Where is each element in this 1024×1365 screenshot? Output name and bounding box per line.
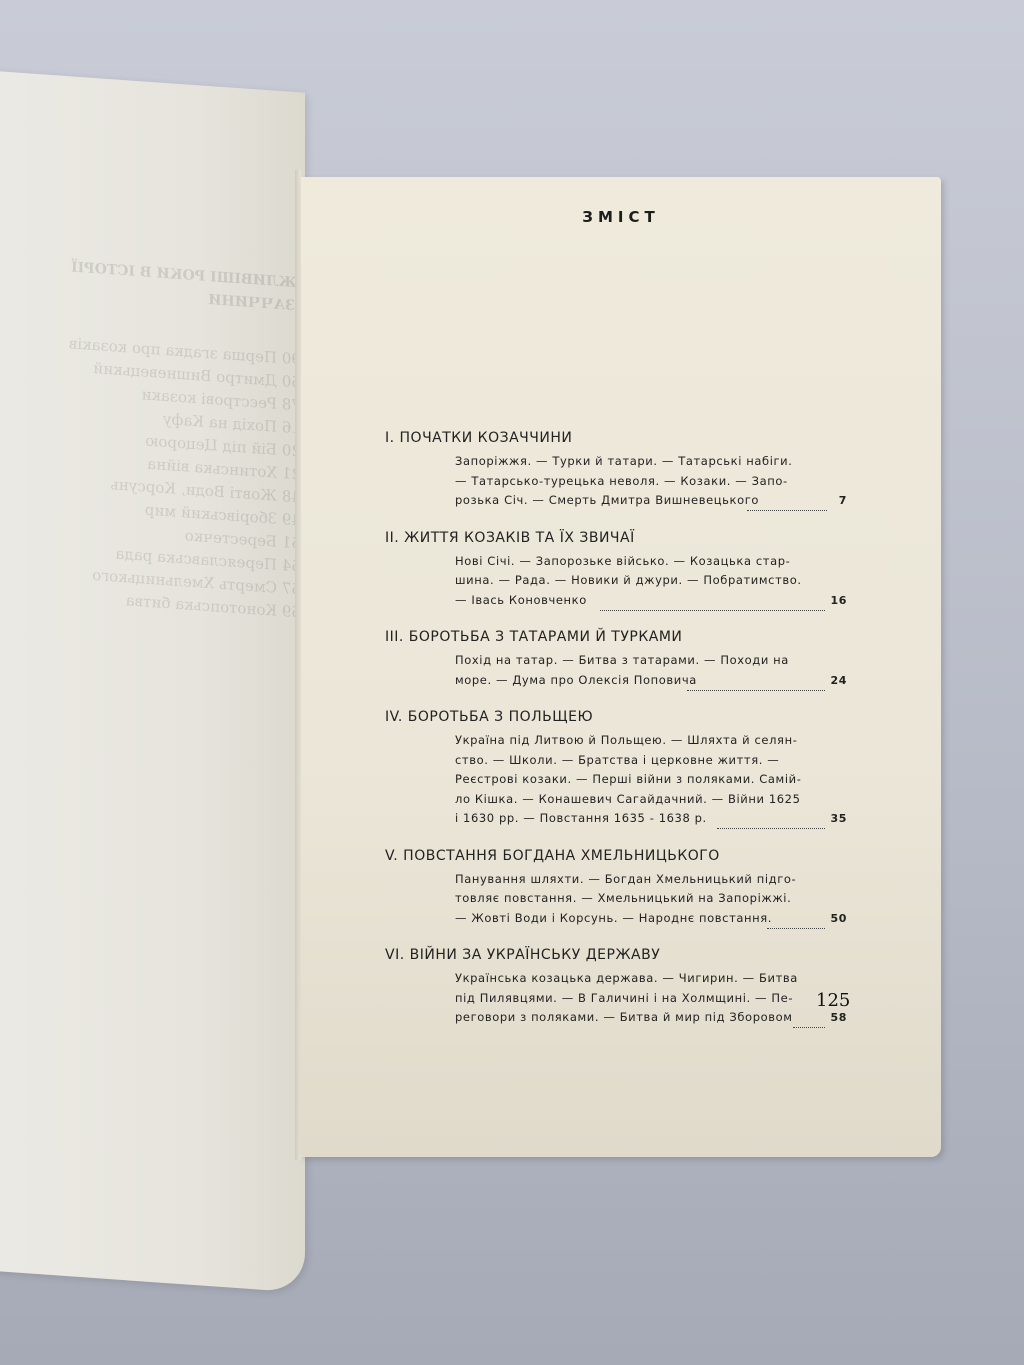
desc-last-line: і 1630 рр. — Повстання 1635 - 1638 р. 35 bbox=[455, 809, 847, 829]
toc-chapter: II. ЖИТТЯ КОЗАКІВ ТА ЇХ ЗВИЧАЇ Нові Січі… bbox=[385, 528, 847, 611]
desc-line: під Пилявцями. — В Галичині і на Холмщин… bbox=[455, 989, 775, 1009]
desc-line: ство. — Школи. — Братства і церковне жит… bbox=[455, 751, 775, 771]
dot-leader bbox=[747, 491, 827, 511]
desc-line: шина. — Рада. — Новики й джури. — Побрат… bbox=[455, 571, 775, 591]
chapter-title: III. БОРОТЬБА З ТАТАРАМИ Й ТУРКАМИ bbox=[385, 627, 847, 647]
chapter-title: VI. ВІЙНИ ЗА УКРАЇНСЬКУ ДЕРЖАВУ bbox=[385, 945, 847, 965]
chapter-title: I. ПОЧАТКИ КОЗАЧЧИНИ bbox=[385, 428, 847, 448]
toc-chapter: I. ПОЧАТКИ КОЗАЧЧИНИ Запоріжжя. — Турки … bbox=[385, 428, 847, 511]
toc-chapter: IV. БОРОТЬБА З ПОЛЬЩЕЮ Україна під Литво… bbox=[385, 707, 847, 829]
page-number: 24 bbox=[830, 671, 847, 691]
page-number: 7 bbox=[839, 491, 847, 511]
dot-leader bbox=[687, 671, 825, 691]
left-page-ghost-title: ВАЖЛИВІШІ РОКИ В ІСТОРІЇ КОЗАЧЧИНИ bbox=[0, 251, 305, 319]
desc-line: — Івась Коновченко bbox=[455, 593, 587, 607]
desc-last-line: — Жовті Води і Корсунь. — Народнє повста… bbox=[455, 909, 847, 929]
toc-chapter: III. БОРОТЬБА З ТАТАРАМИ Й ТУРКАМИ Похід… bbox=[385, 627, 847, 690]
chapter-description: Нові Січі. — Запорозьке військо. — Козац… bbox=[455, 552, 775, 611]
desc-line: море. — Дума про Олексія Поповича bbox=[455, 673, 697, 687]
page-folio-number: 125 bbox=[816, 990, 850, 1011]
desc-line: розька Січ. — Смерть Дмитра Вишневецьког… bbox=[455, 493, 759, 507]
left-page: ВАЖЛИВІШІ РОКИ В ІСТОРІЇ КОЗАЧЧИНИ 1490 … bbox=[0, 67, 305, 1293]
dot-leader bbox=[793, 1008, 825, 1028]
chapter-title: II. ЖИТТЯ КОЗАКІВ ТА ЇХ ЗВИЧАЇ bbox=[385, 528, 847, 548]
chapter-title: IV. БОРОТЬБА З ПОЛЬЩЕЮ bbox=[385, 707, 847, 727]
desc-line: Українська козацька держава. — Чигирин. … bbox=[455, 969, 775, 989]
desc-line: Реєстрові козаки. — Перші війни з поляка… bbox=[455, 770, 775, 790]
table-of-contents: I. ПОЧАТКИ КОЗАЧЧИНИ Запоріжжя. — Турки … bbox=[385, 428, 847, 1045]
chapter-description: Панування шляхти. — Богдан Хмельницький … bbox=[455, 870, 775, 929]
desc-last-line: реговори з поляками. — Битва й мир під З… bbox=[455, 1008, 847, 1028]
toc-heading: ЗМІСТ bbox=[301, 208, 941, 226]
toc-chapter: V. ПОВСТАННЯ БОГДАНА ХМЕЛЬНИЦЬКОГО Панув… bbox=[385, 846, 847, 929]
desc-line: Панування шляхти. — Богдан Хмельницький … bbox=[455, 870, 775, 890]
chapter-description: Українська козацька держава. — Чигирин. … bbox=[455, 969, 775, 1028]
desc-line: і 1630 рр. — Повстання 1635 - 1638 р. bbox=[455, 811, 707, 825]
toc-chapter: VI. ВІЙНИ ЗА УКРАЇНСЬКУ ДЕРЖАВУ Українсь… bbox=[385, 945, 847, 1028]
desc-line: товляє повстання. — Хмельницький на Запо… bbox=[455, 889, 775, 909]
desc-line: Україна під Литвою й Польщею. — Шляхта й… bbox=[455, 731, 775, 751]
desc-line: Нові Січі. — Запорозьке військо. — Козац… bbox=[455, 552, 775, 572]
dot-leader bbox=[767, 909, 825, 929]
chapter-description: Похід на татар. — Битва з татарами. — По… bbox=[455, 651, 775, 690]
page-number: 50 bbox=[830, 909, 847, 929]
page-number: 35 bbox=[830, 809, 847, 829]
desc-last-line: — Івась Коновченко 16 bbox=[455, 591, 847, 611]
desc-line: — Жовті Води і Корсунь. — Народнє повста… bbox=[455, 911, 772, 925]
desc-line: ло Кішка. — Конашевич Сагайдачний. — Вій… bbox=[455, 790, 775, 810]
chapter-title: V. ПОВСТАННЯ БОГДАНА ХМЕЛЬНИЦЬКОГО bbox=[385, 846, 847, 866]
desc-line: Похід на татар. — Битва з татарами. — По… bbox=[455, 651, 775, 671]
page-number: 16 bbox=[830, 591, 847, 611]
chapter-description: Україна під Литвою й Польщею. — Шляхта й… bbox=[455, 731, 775, 829]
left-page-bleed-through-text: ВАЖЛИВІШІ РОКИ В ІСТОРІЇ КОЗАЧЧИНИ 1490 … bbox=[0, 251, 305, 625]
chapter-description: Запоріжжя. — Турки й татари. — Татарські… bbox=[455, 452, 775, 511]
desc-last-line: розька Січ. — Смерть Дмитра Вишневецьког… bbox=[455, 491, 847, 511]
desc-last-line: море. — Дума про Олексія Поповича 24 bbox=[455, 671, 847, 691]
dot-leader bbox=[600, 591, 825, 611]
desc-line: реговори з поляками. — Битва й мир під З… bbox=[455, 1010, 793, 1024]
desc-line: — Татарсько-турецька неволя. — Козаки. —… bbox=[455, 472, 775, 492]
dot-leader bbox=[717, 809, 825, 829]
desc-line: Запоріжжя. — Турки й татари. — Татарські… bbox=[455, 452, 775, 472]
